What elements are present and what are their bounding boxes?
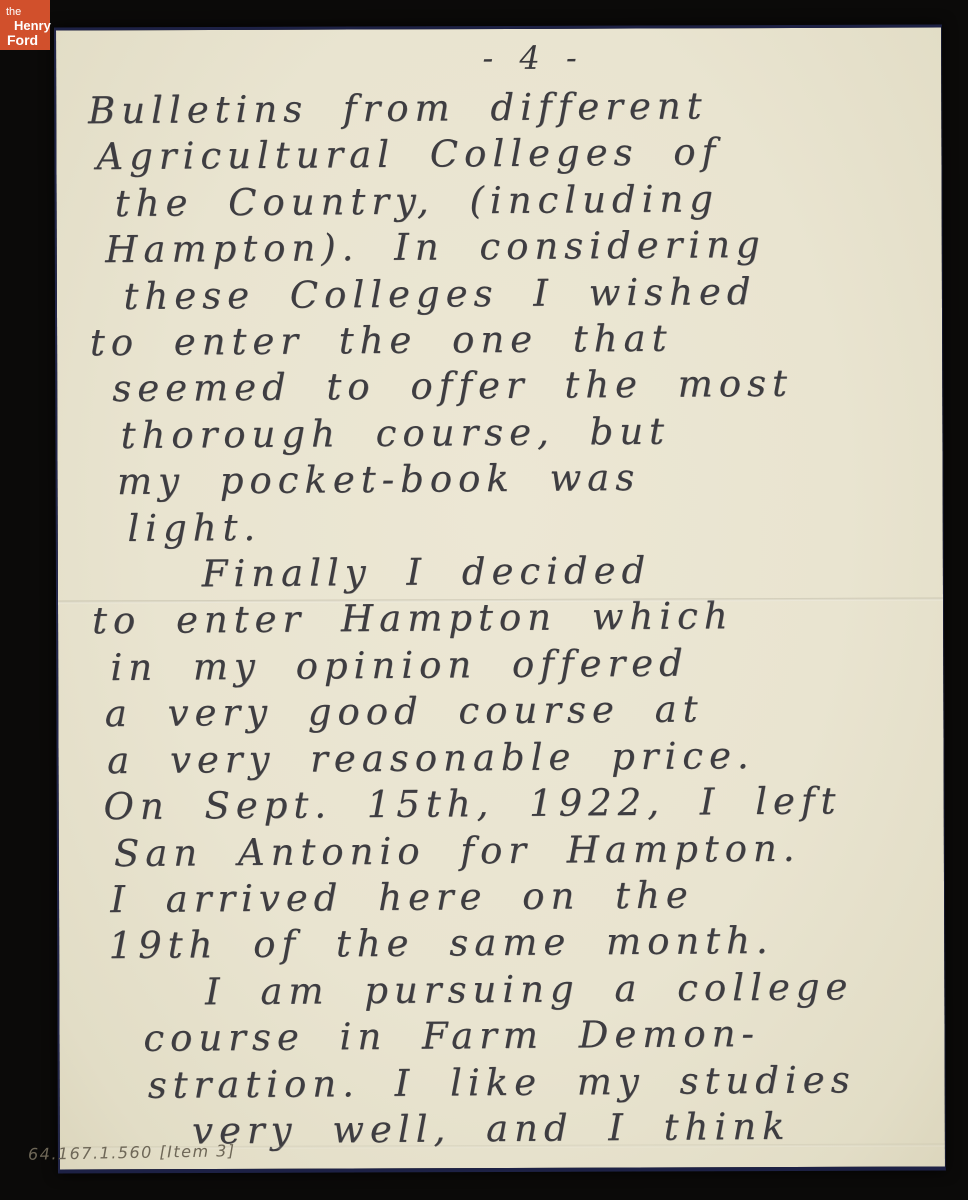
letter-line: On Sept. 15th, 1922, I left: [103, 778, 936, 831]
letter-line: a very reasonable price.: [107, 731, 936, 784]
letter-line: seemed to offer the most: [112, 360, 933, 413]
logo-text-the: the: [6, 7, 50, 18]
letter-line: Agricultural Colleges of: [96, 128, 931, 181]
letter-line: to enter the one that: [90, 314, 933, 367]
letter-line: course in Farm Demon-: [143, 1010, 938, 1063]
letter-line: these Colleges I wished: [123, 267, 932, 320]
page-number: - 4 -: [91, 37, 968, 78]
letter-line: Finally I decided: [202, 546, 935, 598]
logo-text-henry: Henry: [14, 19, 50, 32]
letter-line: stration. I like my studies: [148, 1056, 939, 1109]
catalog-number: 64.167.1.560 [Item 3]: [28, 1141, 236, 1164]
letter-line: to enter Hampton which: [92, 592, 935, 645]
letter-line: I arrived here on the: [110, 871, 937, 924]
letter-line: 19th of the same month.: [108, 917, 937, 970]
letter-line: very well, and I think: [192, 1103, 939, 1155]
logo-text-ford: Ford: [7, 33, 50, 47]
letter-page: - 4 - Bulletins from differentAgricultur…: [54, 24, 946, 1173]
letter-line: thorough course, but: [120, 406, 933, 459]
letter-line: I am pursuing a college: [205, 963, 938, 1015]
letter-line: in my opinion offered: [110, 639, 935, 692]
letter-line: San Antonio for Hampton.: [114, 824, 937, 877]
letter-line: a very good course at: [105, 685, 936, 738]
letter-line: light.: [127, 499, 934, 552]
letter-line: Bulletins from different: [88, 82, 931, 135]
letter-body: Bulletins from differentAgricultural Col…: [88, 82, 939, 1156]
letter-line: the Country, (including: [115, 174, 932, 227]
letter-line: my pocket-book was: [117, 453, 934, 506]
letter-line: Hampton). In considering: [105, 221, 932, 274]
scan-background: - 4 - Bulletins from differentAgricultur…: [0, 0, 968, 1200]
henry-ford-logo: the Henry Ford: [0, 0, 50, 50]
